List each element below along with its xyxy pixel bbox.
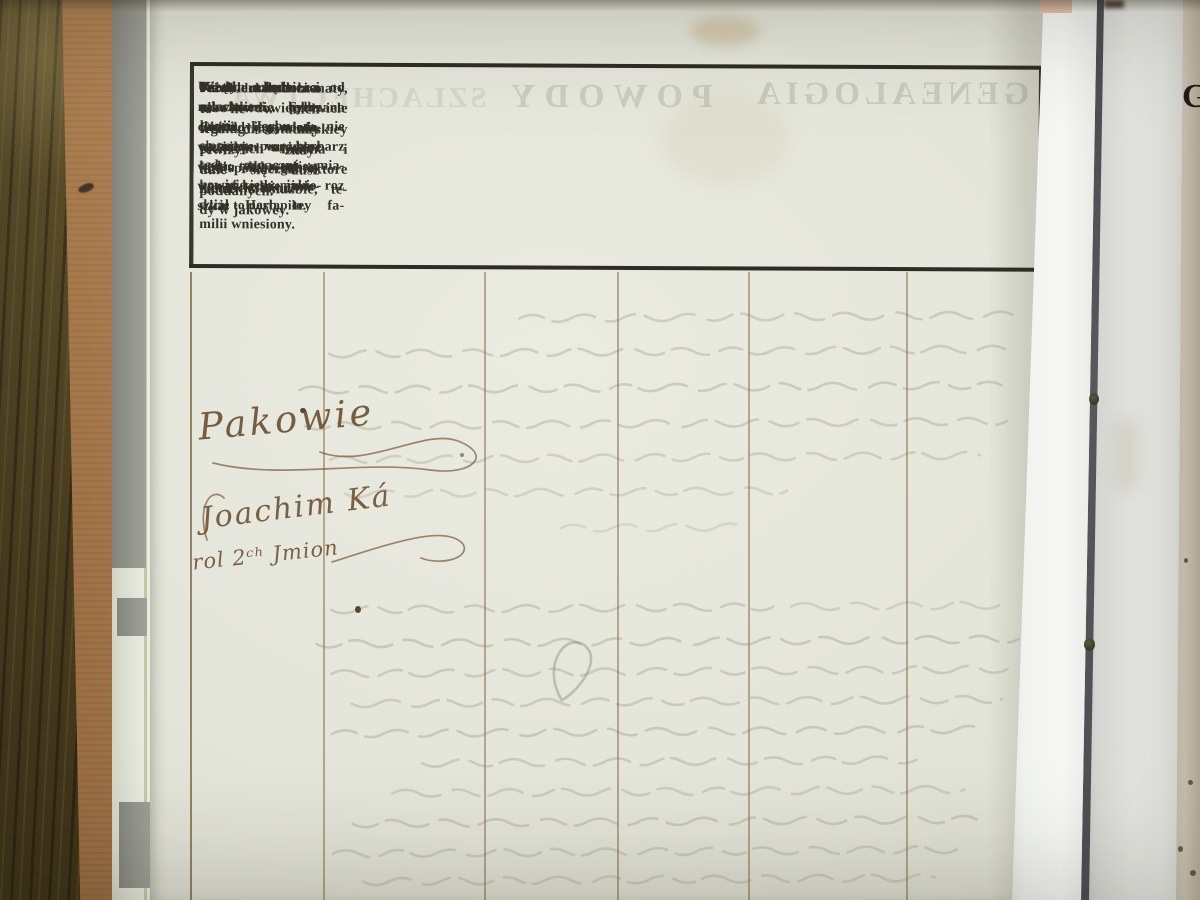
photographed-ledger-page: SZLACHECTWA POWODY GENEALOGIA Urząd, Jmi… [0, 0, 1200, 900]
binding-hole [1084, 638, 1095, 651]
ink-speck [1190, 870, 1196, 876]
ink-speck [1184, 558, 1188, 563]
ink-speck [1178, 846, 1183, 852]
ink-speck [1188, 780, 1193, 785]
paper-stain [1118, 420, 1136, 490]
cut-off-printed-letter: G [1182, 78, 1200, 116]
binding-hole [1089, 393, 1099, 405]
shadow-mark [1104, 0, 1124, 8]
